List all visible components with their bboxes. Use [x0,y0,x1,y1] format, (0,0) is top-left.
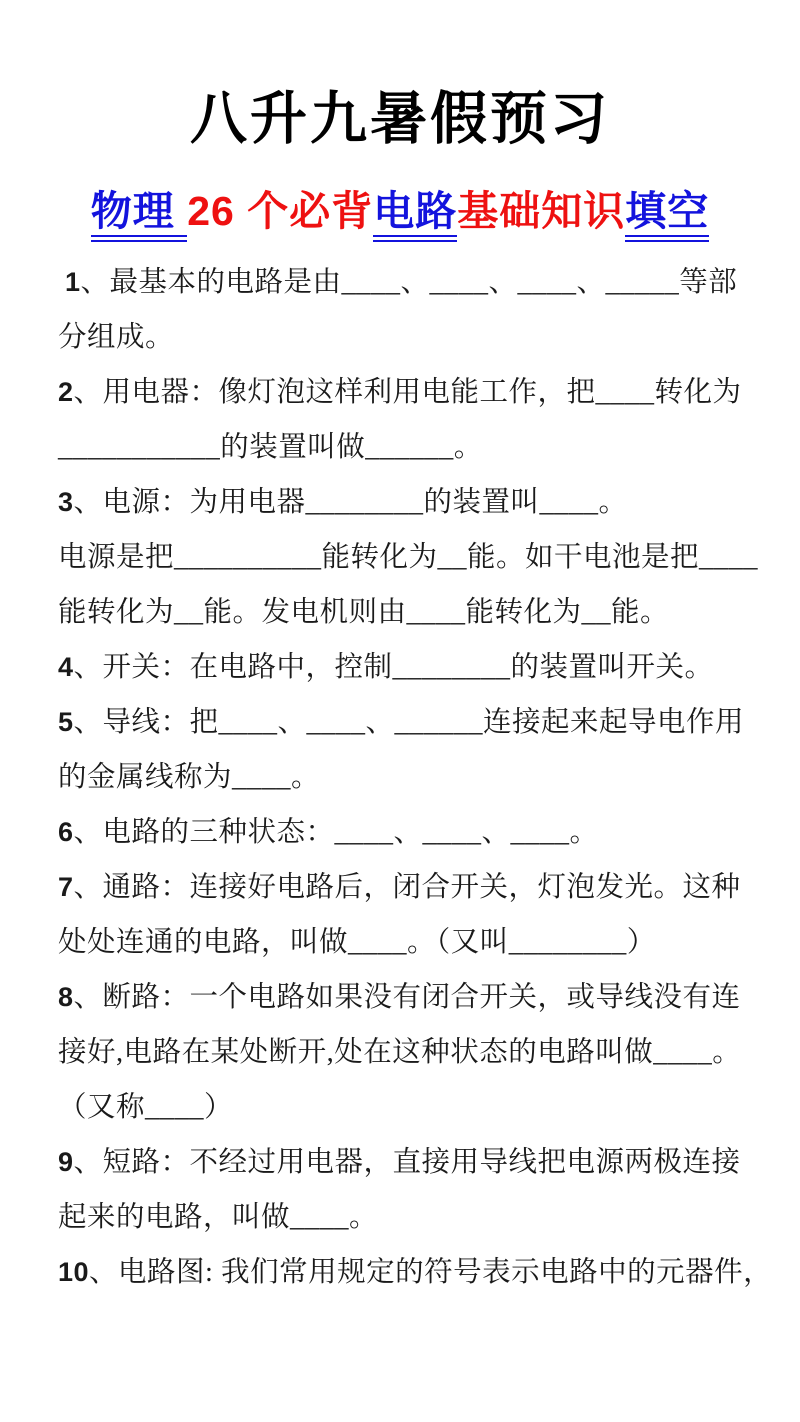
question-text: 的金属线称为____。 [58,762,320,793]
question-line: 3、电源：为用电器________的装置叫____。 [58,475,744,530]
question-line: 9、短路：不经过用电器，直接用导线把电源两极连接 [58,1135,744,1190]
question-text: 、通路：连接好电路后，闭合开关，灯泡发光。这种 [74,872,741,903]
question-line: ___________的装置叫做______。 [58,420,744,475]
page-title: 八升九暑假预习 [0,85,800,153]
question-text: 、电源：为用电器________的装置叫____。 [74,487,628,518]
question-line: 接好,电路在某处断开,处在这种状态的电路叫做____。 [58,1025,744,1080]
question-number: 9 [58,1147,74,1177]
subtitle-segment: 26 个必背 [187,188,373,234]
question-line: 5、导线：把____、____、______连接起来起导电作用 [58,695,744,750]
question-text: 、短路：不经过用电器，直接用导线把电源两极连接 [74,1147,741,1178]
question-text: 电源是把__________能转化为__能。如干电池是把____ [58,542,758,573]
question-number: 6 [58,817,74,847]
question-line: 能转化为__能。发电机则由____能转化为__能。 [58,585,744,640]
question-text: 、电路的三种状态：____、____、____。 [74,817,599,848]
question-list: 1、最基本的电路是由____、____、____、_____等部 分组成。 2、… [0,255,800,1300]
subtitle-segment: 填空 [625,188,709,242]
question-number: 5 [58,707,74,737]
question-text: 、断路：一个电路如果没有闭合开关，或导线没有连 [74,982,741,1013]
question-text: 、用电器：像灯泡这样利用电能工作，把____转化为 [74,377,742,408]
subtitle-segment: 物理 [91,188,187,242]
question-line: 电源是把__________能转化为__能。如干电池是把____ [58,530,744,585]
question-line: （又称____） [58,1080,744,1135]
question-number: 3 [58,487,74,517]
question-text: 起来的电路，叫做____。 [58,1202,378,1233]
question-line: 处处连通的电路，叫做____。（又叫________） [58,915,744,970]
subtitle-segment: 电路 [373,188,457,242]
question-line: 起来的电路，叫做____。 [58,1190,744,1245]
question-line: 1、最基本的电路是由____、____、____、_____等部 [58,255,744,310]
question-line: 6、电路的三种状态：____、____、____。 [58,805,744,860]
question-text: ___________的装置叫做______。 [58,432,483,463]
question-line: 的金属线称为____。 [58,750,744,805]
question-text: 、电路图: 我们常用规定的符号表示电路中的元器件， [89,1257,772,1288]
question-number: 7 [58,872,74,902]
question-number: 4 [58,652,74,682]
question-text: （又称____） [58,1092,233,1123]
question-text: 、最基本的电路是由____、____、____、_____等部 [81,267,738,298]
worksheet-page: 八升九暑假预习 物理 26 个必背电路基础知识填空 1、最基本的电路是由____… [0,0,800,1422]
question-line: 4、开关：在电路中，控制________的装置叫开关。 [58,640,744,695]
page-subtitle: 物理 26 个必背电路基础知识填空 [0,187,800,236]
question-line: 分组成。 [58,310,744,365]
question-line: 2、用电器：像灯泡这样利用电能工作，把____转化为 [58,365,744,420]
question-text: 、开关：在电路中，控制________的装置叫开关。 [74,652,714,683]
question-text: 接好,电路在某处断开,处在这种状态的电路叫做____。 [58,1037,741,1068]
question-number: 8 [58,982,74,1012]
question-line: 8、断路：一个电路如果没有闭合开关，或导线没有连 [58,970,744,1025]
question-line: 7、通路：连接好电路后，闭合开关，灯泡发光。这种 [58,860,744,915]
question-text: 能转化为__能。发电机则由____能转化为__能。 [58,597,669,628]
question-number: 10 [58,1257,89,1287]
question-number: 2 [58,377,74,407]
question-line: 10、电路图: 我们常用规定的符号表示电路中的元器件， [58,1245,744,1300]
subtitle-segment: 基础知识 [457,188,625,234]
question-text: 分组成。 [58,322,174,353]
question-text: 处处连通的电路，叫做____。（又叫________） [58,927,656,958]
question-number: 1 [65,267,81,297]
question-text: 、导线：把____、____、______连接起来起导电作用 [74,707,745,738]
